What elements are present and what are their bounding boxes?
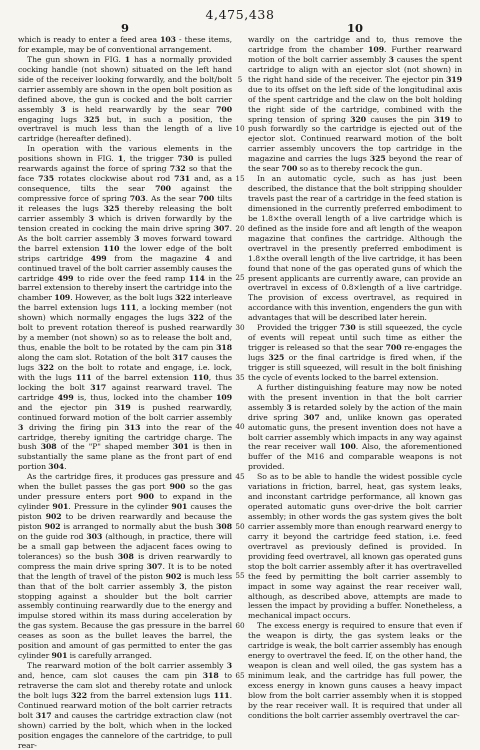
line-number: 40 [232,422,248,432]
line-number: 5 [232,75,248,85]
paragraph: Provided the trigger 730 is still squeez… [248,323,462,383]
patent-number: 4,475,438 [0,7,480,22]
paragraph: The excess energy is required to ensure … [248,621,462,720]
paragraph: So as to be able to handle the widest po… [248,472,462,621]
paragraph: In operation with the various elements i… [18,144,232,472]
column-number-right: 10 [248,21,462,35]
paragraph: A further distinguishing feature may now… [248,383,462,472]
line-number: 15 [232,174,248,184]
line-number-gutter: 5101520253035404550556065 [232,35,248,750]
line-number: 45 [232,472,248,482]
line-number: 65 [232,671,248,681]
line-number: 60 [232,621,248,631]
text-area: which is ready to enter a feed area 103 … [18,35,462,750]
paragraph: wardly on the cartridge and to, thus rem… [248,35,462,174]
left-column: which is ready to enter a feed area 103 … [18,35,232,750]
line-number: 10 [232,124,248,134]
right-column: wardly on the cartridge and to, thus rem… [248,35,462,750]
line-number: 35 [232,373,248,383]
paragraph: which is ready to enter a feed area 103 … [18,35,232,55]
line-number: 30 [232,323,248,333]
column-number-left: 9 [18,21,232,35]
paragraph: As the cartridge fires, it produces gas … [18,472,232,661]
paragraph: In an automatic cycle, such as has just … [248,174,462,323]
paragraph: The rearward motion of the bolt carrier … [18,661,232,750]
line-number: 55 [232,571,248,581]
patent-page: 4,475,438 9 10 which is ready to enter a… [0,0,480,750]
paragraph: The gun shown in FIG. 1 has a normally p… [18,55,232,144]
line-number: 20 [232,224,248,234]
line-number: 25 [232,273,248,283]
line-number: 50 [232,522,248,532]
